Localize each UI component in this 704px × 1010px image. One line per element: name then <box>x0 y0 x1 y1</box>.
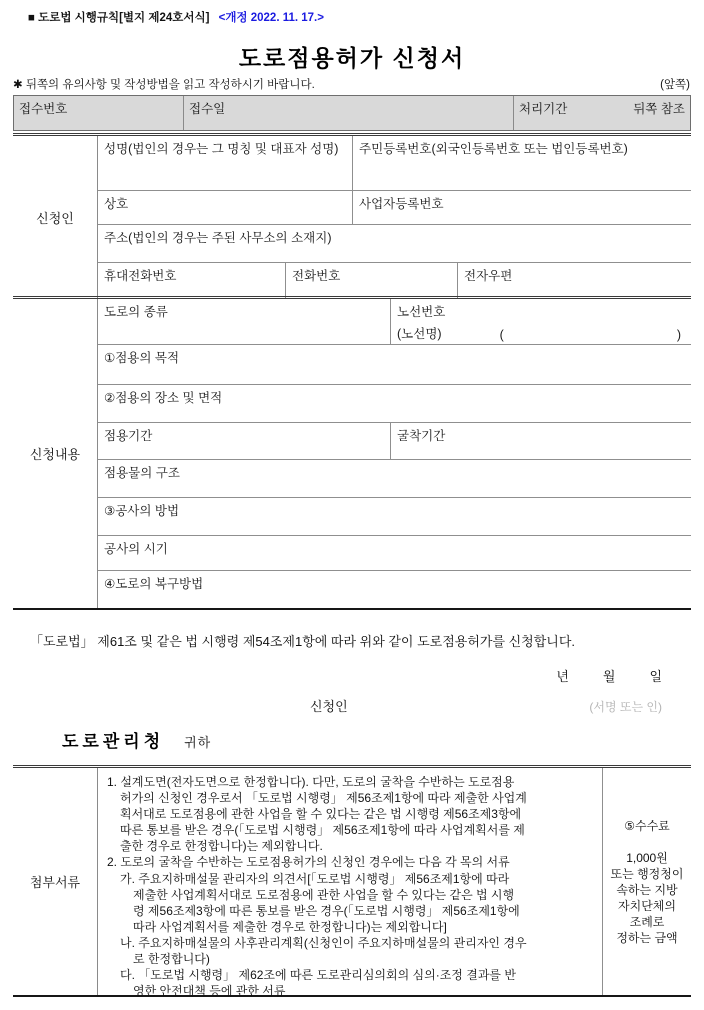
month-label: 월 <box>603 666 616 685</box>
honorific-label: 귀하 <box>184 735 211 750</box>
work-method-label: ③공사의 방법 <box>104 504 179 518</box>
application-section: 신청내용 도로의 종류 노선번호 (노선명) ( ) ①점용의 목적 ②점용의 … <box>13 296 691 610</box>
applicant-brn-label: 사업자등록번호 <box>359 197 444 211</box>
attachments-list: 1. 설계도면(전자도면으로 한정합니다). 다만, 도로의 굴착을 수반하는 … <box>98 768 603 995</box>
year-label: 년 <box>556 666 569 685</box>
work-method-field[interactable]: ③공사의 방법 <box>98 498 691 535</box>
applicant-address-label: 주소(법인의 경우는 주된 사무소의 소재지) <box>104 231 332 245</box>
form-reference: ■ 도로법 시행규칙[별지 제24호서식] <개정 2022. 11. 17.> <box>28 9 324 25</box>
applicant-trade-name-label: 상호 <box>104 197 128 211</box>
date-line: 년 월 일 <box>556 666 662 685</box>
receipt-date-cell[interactable]: 접수일 <box>184 96 514 130</box>
applicant-address-field[interactable]: 주소(법인의 경우는 주된 사무소의 소재지) <box>98 225 691 262</box>
processing-period-value: 뒤쪽 참조 <box>633 99 685 127</box>
instruction-note: ✱ 뒤쪽의 유의사항 및 작성방법을 읽고 작성하시기 바랍니다. <box>13 76 315 92</box>
occupation-structure-label: 점용물의 구조 <box>104 466 180 480</box>
attachments-section: 첨부서류 1. 설계도면(전자도면으로 한정합니다). 다만, 도로의 굴착을 … <box>13 765 691 997</box>
revision-date-text: <개정 2022. 11. 17.> <box>219 12 324 24</box>
receipt-number-label: 접수번호 <box>19 102 67 116</box>
attachments-section-label: 첨부서류 <box>13 768 98 995</box>
fee-column: ⑤수수료 1,000원또는 행정청이속하는 지방자치단체의조례로정하는 금액 <box>603 768 691 995</box>
road-authority-line: 도로관리청귀하 <box>62 727 211 752</box>
receipt-number-cell[interactable]: 접수번호 <box>14 96 184 130</box>
occupation-purpose-label: ①점용의 목적 <box>104 351 179 365</box>
occupation-purpose-field[interactable]: ①점용의 목적 <box>98 345 691 384</box>
applicant-section: 신청인 성명(법인의 경우는 그 명칭 및 대표자 성명) 주민등록번호(외국인… <box>13 133 691 299</box>
applicant-email-field[interactable]: 전자우편 <box>458 263 691 299</box>
route-number-label: 노선번호 <box>397 302 685 320</box>
declaration-statement: 「도로법」 제61조 및 같은 법 시행령 제54조제1항에 따라 위와 같이 … <box>30 631 680 650</box>
receipt-header-row: 접수번호 접수일 처리기간 뒤쪽 참조 <box>13 95 691 131</box>
applicant-brn-field[interactable]: 사업자등록번호 <box>353 191 691 224</box>
excavation-period-field[interactable]: 굴착기간 <box>391 423 691 459</box>
occupation-period-field[interactable]: 점용기간 <box>98 423 391 459</box>
processing-period-label: 처리기간 <box>519 99 567 127</box>
declaration-applicant-label: 신청인 <box>310 696 348 715</box>
occupation-place-area-label: ②점용의 장소 및 면적 <box>104 391 222 405</box>
route-name-paren-open: ( <box>500 328 504 342</box>
processing-period-cell: 처리기간 뒤쪽 참조 <box>514 96 690 130</box>
road-type-field[interactable]: 도로의 종류 <box>98 299 391 344</box>
route-number-field[interactable]: 노선번호 (노선명) ( ) <box>391 299 691 344</box>
applicant-name-label: 성명(법인의 경우는 그 명칭 및 대표자 성명) <box>104 142 338 156</box>
applicant-mobile-field[interactable]: 휴대전화번호 <box>98 263 286 299</box>
day-label: 일 <box>649 666 662 685</box>
applicant-email-label: 전자우편 <box>464 269 512 283</box>
occupation-place-area-field[interactable]: ②점용의 장소 및 면적 <box>98 385 691 422</box>
page-side-label: (앞쪽) <box>660 76 690 92</box>
applicant-rrn-field[interactable]: 주민등록번호(외국인등록번호 또는 법인등록번호) <box>353 136 691 190</box>
excavation-period-label: 굴착기간 <box>397 429 445 443</box>
work-timing-field[interactable]: 공사의 시기 <box>98 536 691 570</box>
application-section-label: 신청내용 <box>13 299 98 608</box>
applicant-phone-field[interactable]: 전화번호 <box>286 263 458 299</box>
occupation-period-label: 점용기간 <box>104 429 152 443</box>
route-name-label: (노선명) <box>397 324 442 342</box>
receipt-date-label: 접수일 <box>189 102 225 116</box>
applicant-trade-name-field[interactable]: 상호 <box>98 191 353 224</box>
road-authority-name: 도로관리청 <box>62 732 164 751</box>
road-restoration-field[interactable]: ④도로의 복구방법 <box>98 571 691 608</box>
applicant-phone-label: 전화번호 <box>292 269 340 283</box>
form-reference-text: ■ 도로법 시행규칙[별지 제24호서식] <box>28 12 209 24</box>
page-title: 도로점용허가 신청서 <box>0 40 704 73</box>
applicant-mobile-label: 휴대전화번호 <box>104 269 176 283</box>
occupation-structure-field[interactable]: 점용물의 구조 <box>98 460 691 497</box>
applicant-name-field[interactable]: 성명(법인의 경우는 그 명칭 및 대표자 성명) <box>98 136 353 190</box>
work-timing-label: 공사의 시기 <box>104 542 168 556</box>
road-restoration-label: ④도로의 복구방법 <box>104 577 203 591</box>
applicant-section-label: 신청인 <box>13 136 98 299</box>
route-name-paren-close: ) <box>677 328 681 342</box>
road-type-label: 도로의 종류 <box>104 305 168 319</box>
applicant-rrn-label: 주민등록번호(외국인등록번호 또는 법인등록번호) <box>359 142 628 156</box>
signature-note: (서명 또는 인) <box>589 698 662 715</box>
